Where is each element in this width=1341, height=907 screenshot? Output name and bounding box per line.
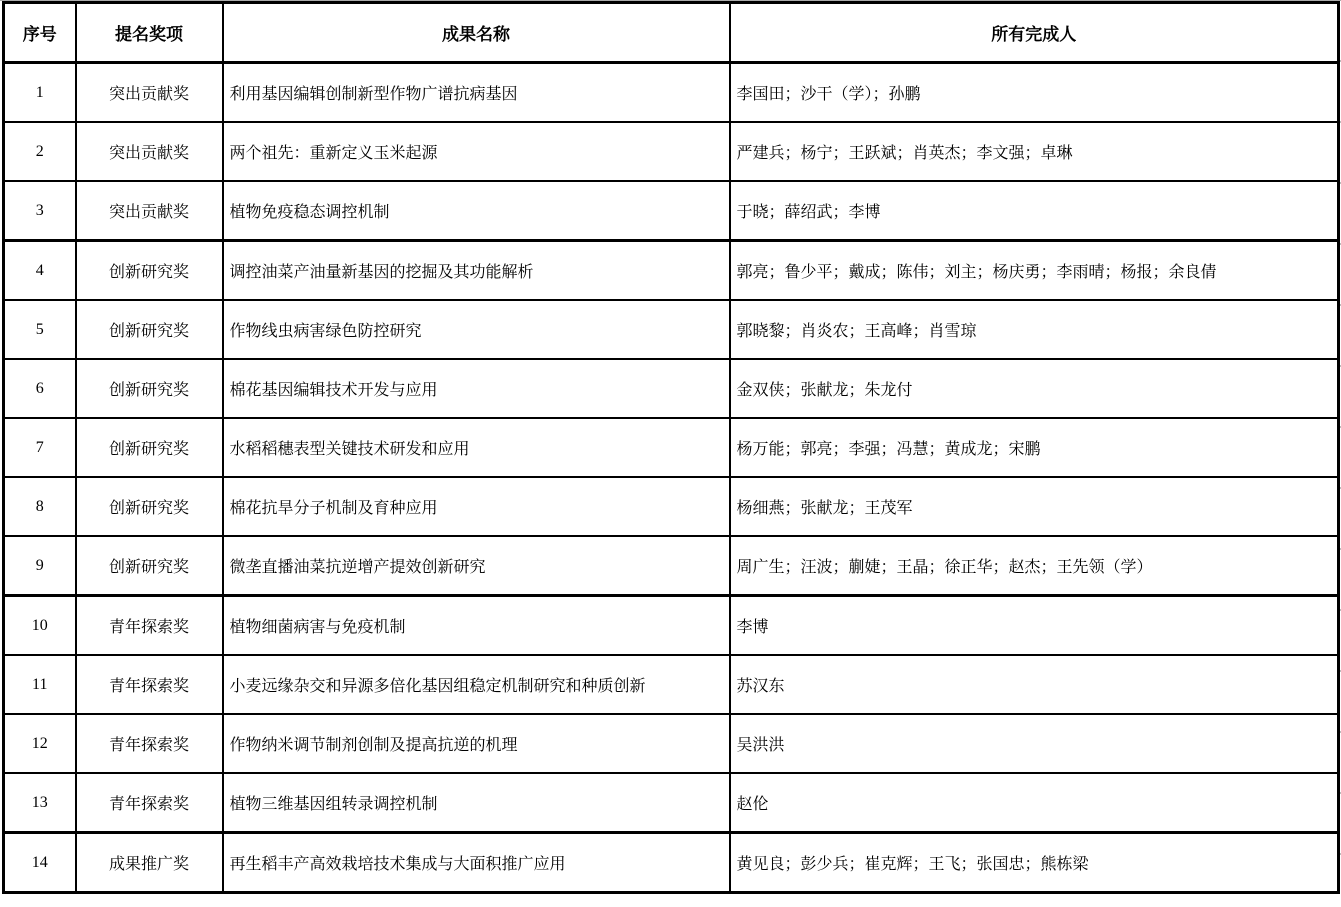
- col-header-index: 序号: [4, 3, 76, 63]
- cell-index: 10: [4, 596, 76, 656]
- col-header-people: 所有完成人: [730, 3, 1339, 63]
- cell-award: 青年探索奖: [76, 714, 223, 773]
- cell-award: 创新研究奖: [76, 536, 223, 596]
- cell-title: 植物免疫稳态调控机制: [223, 181, 730, 241]
- table-row: 4 创新研究奖 调控油菜产油量新基因的挖掘及其功能解析 郭亮；鲁少平；戴成；陈伟…: [4, 241, 1339, 301]
- cell-index: 8: [4, 477, 76, 536]
- cell-index: 7: [4, 418, 76, 477]
- cell-award: 突出贡献奖: [76, 122, 223, 181]
- cell-people: 杨万能；郭亮；李强；冯慧；黄成龙；宋鹏: [730, 418, 1339, 477]
- cell-award: 青年探索奖: [76, 596, 223, 656]
- cell-award: 创新研究奖: [76, 359, 223, 418]
- table-row: 6 创新研究奖 棉花基因编辑技术开发与应用 金双侠；张献龙；朱龙付: [4, 359, 1339, 418]
- cell-title: 植物细菌病害与免疫机制: [223, 596, 730, 656]
- cell-title: 调控油菜产油量新基因的挖掘及其功能解析: [223, 241, 730, 301]
- cell-people: 金双侠；张献龙；朱龙付: [730, 359, 1339, 418]
- cell-people: 黄见良；彭少兵；崔克辉；王飞；张国忠；熊栋梁: [730, 833, 1339, 893]
- cell-people: 杨细燕；张献龙；王茂军: [730, 477, 1339, 536]
- cell-title: 利用基因编辑创制新型作物广谱抗病基因: [223, 63, 730, 123]
- cell-people: 吴洪洪: [730, 714, 1339, 773]
- cell-index: 14: [4, 833, 76, 893]
- cell-index: 12: [4, 714, 76, 773]
- table-body: 1 突出贡献奖 利用基因编辑创制新型作物广谱抗病基因 李国田；沙干（学）；孙鹏 …: [4, 63, 1339, 893]
- cell-title: 作物线虫病害绿色防控研究: [223, 300, 730, 359]
- col-header-award: 提名奖项: [76, 3, 223, 63]
- table-row: 14 成果推广奖 再生稻丰产高效栽培技术集成与大面积推广应用 黄见良；彭少兵；崔…: [4, 833, 1339, 893]
- cell-people: 苏汉东: [730, 655, 1339, 714]
- cell-people: 严建兵；杨宁；王跃斌；肖英杰；李文强；卓琳: [730, 122, 1339, 181]
- cell-index: 4: [4, 241, 76, 301]
- cell-people: 郭晓黎；肖炎农；王高峰；肖雪琼: [730, 300, 1339, 359]
- cell-index: 1: [4, 63, 76, 123]
- cell-people: 李国田；沙干（学）；孙鹏: [730, 63, 1339, 123]
- table-row: 1 突出贡献奖 利用基因编辑创制新型作物广谱抗病基因 李国田；沙干（学）；孙鹏: [4, 63, 1339, 123]
- table-row: 9 创新研究奖 微垄直播油菜抗逆增产提效创新研究 周广生；汪波；蒯婕；王晶；徐正…: [4, 536, 1339, 596]
- cell-people: 赵伦: [730, 773, 1339, 833]
- cell-people: 周广生；汪波；蒯婕；王晶；徐正华；赵杰；王先领（学）: [730, 536, 1339, 596]
- cell-title: 植物三维基因组转录调控机制: [223, 773, 730, 833]
- awards-table-screenshot: 序号 提名奖项 成果名称 所有完成人 1 突出贡献奖 利用基因编辑创制新型作物广…: [0, 0, 1341, 907]
- cell-award: 青年探索奖: [76, 655, 223, 714]
- table-row: 2 突出贡献奖 两个祖先：重新定义玉米起源 严建兵；杨宁；王跃斌；肖英杰；李文强…: [4, 122, 1339, 181]
- awards-table: 序号 提名奖项 成果名称 所有完成人 1 突出贡献奖 利用基因编辑创制新型作物广…: [2, 1, 1340, 894]
- cell-title: 再生稻丰产高效栽培技术集成与大面积推广应用: [223, 833, 730, 893]
- cell-award: 突出贡献奖: [76, 63, 223, 123]
- table-row: 3 突出贡献奖 植物免疫稳态调控机制 于晓；薛绍武；李博: [4, 181, 1339, 241]
- cell-award: 创新研究奖: [76, 477, 223, 536]
- cell-people: 李博: [730, 596, 1339, 656]
- table-row: 10 青年探索奖 植物细菌病害与免疫机制 李博: [4, 596, 1339, 656]
- table-row: 7 创新研究奖 水稻稻穗表型关键技术研发和应用 杨万能；郭亮；李强；冯慧；黄成龙…: [4, 418, 1339, 477]
- cell-index: 6: [4, 359, 76, 418]
- cell-title: 两个祖先：重新定义玉米起源: [223, 122, 730, 181]
- cell-index: 11: [4, 655, 76, 714]
- cell-title: 水稻稻穗表型关键技术研发和应用: [223, 418, 730, 477]
- cell-award: 青年探索奖: [76, 773, 223, 833]
- table-row: 11 青年探索奖 小麦远缘杂交和异源多倍化基因组稳定机制研究和种质创新 苏汉东: [4, 655, 1339, 714]
- cell-title: 小麦远缘杂交和异源多倍化基因组稳定机制研究和种质创新: [223, 655, 730, 714]
- col-header-title: 成果名称: [223, 3, 730, 63]
- cell-index: 9: [4, 536, 76, 596]
- cell-title: 微垄直播油菜抗逆增产提效创新研究: [223, 536, 730, 596]
- cell-award: 突出贡献奖: [76, 181, 223, 241]
- cell-index: 3: [4, 181, 76, 241]
- table-row: 12 青年探索奖 作物纳米调节制剂创制及提高抗逆的机理 吴洪洪: [4, 714, 1339, 773]
- header-row: 序号 提名奖项 成果名称 所有完成人: [4, 3, 1339, 63]
- cell-award: 创新研究奖: [76, 241, 223, 301]
- cell-index: 2: [4, 122, 76, 181]
- cell-title: 棉花抗旱分子机制及育种应用: [223, 477, 730, 536]
- cell-index: 13: [4, 773, 76, 833]
- table-row: 8 创新研究奖 棉花抗旱分子机制及育种应用 杨细燕；张献龙；王茂军: [4, 477, 1339, 536]
- cell-title: 棉花基因编辑技术开发与应用: [223, 359, 730, 418]
- cell-award: 创新研究奖: [76, 418, 223, 477]
- table-row: 13 青年探索奖 植物三维基因组转录调控机制 赵伦: [4, 773, 1339, 833]
- cell-index: 5: [4, 300, 76, 359]
- cell-title: 作物纳米调节制剂创制及提高抗逆的机理: [223, 714, 730, 773]
- table-row: 5 创新研究奖 作物线虫病害绿色防控研究 郭晓黎；肖炎农；王高峰；肖雪琼: [4, 300, 1339, 359]
- cell-people: 于晓；薛绍武；李博: [730, 181, 1339, 241]
- cell-award: 成果推广奖: [76, 833, 223, 893]
- cell-people: 郭亮；鲁少平；戴成；陈伟；刘主；杨庆勇；李雨晴；杨报；余良倩: [730, 241, 1339, 301]
- cell-award: 创新研究奖: [76, 300, 223, 359]
